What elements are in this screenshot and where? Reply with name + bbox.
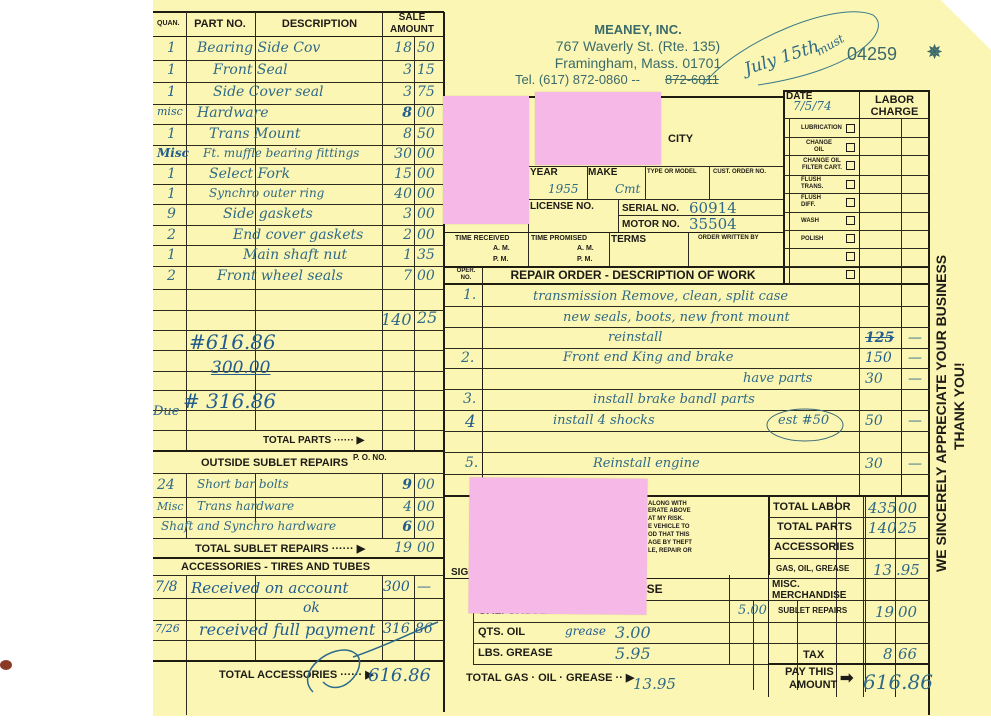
part-dollars: 8	[385, 105, 412, 121]
accessory-date: 7/26	[155, 622, 180, 635]
accessories-title: ACCESSORIES - TIRES AND TUBES	[181, 561, 370, 573]
total-sublet-dollars: 19	[385, 540, 412, 556]
service-polish-checkbox[interactable]	[846, 234, 855, 243]
part-dollars: 8	[385, 126, 412, 142]
total-parts-label: TOTAL PARTS ······ ▶	[263, 435, 364, 446]
gasoline-amount: 5.00	[738, 603, 767, 618]
arrow-right-icon: ➡	[840, 668, 853, 688]
sublet-desc: Trans hardware	[197, 499, 294, 513]
part-desc: Side Cover seal	[213, 84, 324, 100]
total-gas-oil-amount: 13.95	[633, 675, 676, 693]
repair-op-number: 1.	[463, 287, 476, 303]
repair-desc: Reinstall engine	[593, 456, 700, 471]
sublet-desc: Shaft and Synchro hardware	[161, 519, 336, 533]
side-message-line-2: THANK YOU!	[951, 362, 967, 450]
sublet-qty: 24	[157, 477, 175, 493]
am-label: A. M.	[577, 245, 594, 252]
part-desc: Bearing Side Cov	[197, 40, 320, 56]
part-cents: 00	[417, 146, 435, 162]
summary-tax-cents: 66	[898, 645, 917, 663]
part-dollars: 7	[385, 268, 412, 284]
col-header-quan: QUAN.	[157, 20, 180, 27]
repair-op-number: 3.	[463, 391, 476, 407]
calc-side-note: Due	[153, 404, 180, 419]
oper-no-label: OPER. NO.	[452, 268, 480, 282]
part-qty: 1	[167, 166, 176, 182]
service-change-oil-checkbox[interactable]	[846, 143, 855, 152]
sticky-note	[468, 477, 647, 615]
calc-line-3: # 316.86	[183, 389, 276, 413]
summary-sublet-label: SUBLET REPAIRS	[778, 606, 847, 615]
sublet-title: OUTSIDE SUBLET REPAIRS	[201, 457, 348, 469]
part-qty: 2	[167, 227, 176, 243]
order-written-by-label: ORDER WRITTEN BY	[698, 235, 759, 241]
repair-charge: 125	[865, 330, 894, 346]
parts-subtotal-cents: 25	[417, 308, 437, 327]
auth-text-line: ERATE ABOVE	[648, 508, 691, 514]
summary-gas-oil-dollars: 13	[873, 561, 892, 579]
total-sublet-label: TOTAL SUBLET REPAIRS ······ ▶	[195, 542, 365, 555]
part-qty: 9	[167, 206, 176, 222]
service-change-filter-label: CHANGE OIL FILTER CART.	[799, 158, 845, 172]
estimate-circle-icon	[765, 405, 845, 445]
part-cents: 00	[417, 227, 435, 243]
part-desc: Main shaft nut	[243, 247, 347, 263]
amount-label: AMOUNT	[789, 679, 837, 691]
auth-text-line: LE, REPAIR OR	[648, 548, 692, 554]
sticky-note	[443, 96, 529, 224]
repair-charge-dash: —	[908, 456, 922, 472]
total-sublet-cents: 00	[417, 540, 435, 556]
part-desc: Front Seal	[213, 62, 288, 78]
part-qty: 1	[167, 126, 176, 142]
service-change-filter-checkbox[interactable]	[846, 161, 855, 170]
part-cents: 00	[417, 105, 435, 121]
year-label: YEAR	[530, 167, 558, 178]
sublet-cents: 00	[417, 477, 435, 493]
repair-desc: reinstall	[608, 330, 662, 345]
am-label: A. M.	[493, 245, 510, 252]
auth-text-line: ALONG WITH	[648, 500, 687, 508]
part-desc: Synchro outer ring	[209, 186, 324, 200]
date-value: 7/5/74	[793, 99, 832, 113]
serial-label: SERIAL NO.	[622, 203, 679, 214]
part-cents: 00	[417, 268, 435, 284]
part-dollars: 18	[385, 40, 412, 56]
repair-charge-dash: —	[908, 371, 922, 387]
oil-label: QTS. OIL	[478, 626, 525, 638]
year-value: 1955	[548, 182, 579, 196]
service-polish-label: POLISH	[801, 236, 823, 242]
part-desc: End cover gaskets	[233, 227, 363, 243]
sticky-note	[535, 92, 661, 165]
grease-amount: 5.95	[615, 644, 651, 663]
summary-sublet-dollars: 19	[875, 603, 894, 621]
part-dollars: 3	[385, 84, 412, 100]
part-desc: Side gaskets	[223, 206, 313, 222]
repair-desc: new seals, boots, new front mount	[563, 310, 790, 325]
company-phone: Tel. (617) 872-0860 --	[515, 72, 640, 87]
part-dollars: 40	[385, 186, 412, 202]
part-desc: Hardware	[197, 105, 269, 121]
part-desc: Trans Mount	[209, 126, 300, 142]
repair-charge: 50	[865, 413, 883, 429]
part-qty: 2	[167, 268, 176, 284]
service-blank-checkbox[interactable]	[846, 270, 855, 279]
part-dollars: 15	[385, 166, 412, 182]
repair-charge: 30	[865, 371, 883, 387]
make-value: Cmt	[615, 182, 640, 196]
calc-line-2: 300.00	[211, 358, 270, 378]
part-qty: Misc	[157, 146, 189, 160]
col-header-part-no: PART NO.	[185, 18, 255, 30]
sublet-cents: 00	[417, 499, 435, 515]
terms-label: TERMS	[611, 234, 646, 245]
signature-scribble-icon	[293, 612, 443, 702]
repair-op-number: 5.	[465, 455, 478, 471]
calc-line-1: #616.86	[189, 330, 276, 354]
part-cents: 15	[417, 62, 435, 78]
grease-label: LBS. GREASE	[478, 647, 553, 659]
part-dollars: 1	[385, 247, 412, 263]
oil-note: grease	[565, 624, 606, 638]
repair-charge-dash: —	[908, 413, 922, 429]
part-dollars: 2	[385, 227, 412, 243]
service-flush-trans-checkbox[interactable]	[846, 180, 855, 189]
pay-this-label: PAY THIS	[785, 666, 834, 678]
motor-value: 35504	[689, 215, 737, 233]
summary-misc-label: MISC. MERCHANDISE	[772, 579, 862, 601]
summary-sublet-cents: 00	[898, 603, 917, 621]
part-qty: misc	[157, 105, 183, 118]
repair-charge-dash: —	[908, 350, 922, 366]
service-flush-diff-checkbox[interactable]	[846, 198, 855, 207]
sublet-desc: Short bar bolts	[197, 477, 289, 491]
stain-mark	[0, 660, 12, 670]
sublet-qty: Misc	[157, 500, 184, 513]
col-header-description: DESCRIPTION	[257, 18, 382, 30]
pay-amount: 616.86	[863, 670, 933, 694]
summary-tax-label: TAX	[803, 649, 824, 661]
part-cents: 00	[417, 166, 435, 182]
auth-text-line: AGE BY THEFT	[648, 540, 692, 546]
part-desc: Front wheel seals	[217, 268, 343, 284]
summary-gas-oil-cents: .95	[896, 561, 920, 579]
part-cents: 50	[417, 40, 435, 56]
cust-order-label: CUST. ORDER NO.	[713, 169, 766, 175]
service-lubrication-checkbox[interactable]	[846, 124, 855, 133]
oil-amount: 3.00	[615, 623, 651, 642]
part-dollars: 3	[385, 62, 412, 78]
repair-op-number: 2.	[461, 350, 474, 366]
repair-op-number: 4	[465, 412, 476, 432]
service-flush-trans-label: FLUSH TRANS.	[801, 177, 826, 191]
repair-charge: 30	[865, 456, 883, 472]
col-header-sale-amount: SALE AMOUNT	[382, 12, 442, 36]
service-change-oil-label: CHANGE OIL	[801, 140, 837, 154]
part-desc: Select Fork	[209, 166, 290, 182]
labor-charge-label: LABOR CHARGE	[861, 94, 928, 118]
part-cents: 00	[417, 206, 435, 222]
repair-desc: Front end King and brake	[563, 350, 733, 365]
part-qty: 1	[167, 40, 176, 56]
summary-total-labor-cents: 00	[898, 499, 917, 517]
part-qty: 1	[167, 186, 176, 202]
parts-subtotal-dollars: 140	[381, 310, 412, 329]
summary-accessories-label: ACCESSORIES	[774, 541, 854, 553]
auth-text-line: E VEHICLE TO	[648, 524, 690, 530]
repair-desc: have parts	[743, 371, 812, 386]
accessory-desc: Received on account	[191, 579, 349, 597]
sublet-dollars: 4	[385, 499, 412, 515]
license-label: LICENSE NO.	[530, 201, 594, 212]
summary-gas-oil-label: GAS, OIL, GREASE	[776, 564, 849, 573]
city-label: CITY	[668, 133, 693, 145]
auth-text-line: AT MY RISK.	[648, 516, 684, 522]
service-flush-diff-label: FLUSH DIFF.	[801, 195, 826, 209]
summary-total-parts-label: TOTAL PARTS	[777, 521, 852, 533]
repair-order-title: REPAIR ORDER - DESCRIPTION OF WORK	[483, 268, 783, 282]
repair-charge-dash: —	[908, 330, 922, 346]
repair-desc: transmission Remove, clean, split case	[533, 289, 788, 304]
accessory-date: 7/8	[155, 579, 178, 595]
part-desc: Ft. muffle bearing fittings	[203, 146, 359, 160]
type-model-label: TYPE OR MODEL	[647, 169, 697, 175]
asterisk-icon: ✵	[927, 42, 942, 63]
side-message-line-1: WE SINCERELY APPRECIATE YOUR BUSINESS	[933, 255, 949, 572]
service-wash-checkbox[interactable]	[846, 216, 855, 225]
auth-text-line: OD THAT THIS	[648, 532, 690, 538]
part-qty: 1	[167, 247, 176, 263]
part-qty: 1	[167, 62, 176, 78]
circle-annotation-icon	[698, 0, 888, 95]
part-cents: 35	[417, 247, 435, 263]
part-cents: 00	[417, 186, 435, 202]
sublet-dollars: 6	[385, 519, 412, 535]
repair-desc: install 4 shocks	[553, 413, 655, 428]
accessory-dollars: 300	[383, 579, 410, 595]
summary-total-parts-dollars: 140	[868, 519, 897, 537]
service-blank-checkbox[interactable]	[846, 252, 855, 261]
repair-desc: install brake bandl parts	[593, 392, 755, 407]
summary-total-labor-dollars: 435	[868, 499, 897, 517]
po-label: P. O. NO.	[353, 453, 387, 462]
sublet-dollars: 9	[385, 477, 412, 493]
time-promised-label: TIME PROMISED	[531, 235, 587, 242]
sublet-cents: 00	[417, 519, 435, 535]
make-label: MAKE	[588, 167, 617, 178]
pm-label: P. M.	[577, 256, 592, 263]
part-cents: 50	[417, 126, 435, 142]
part-cents: 75	[417, 84, 435, 100]
part-dollars: 30	[385, 146, 412, 162]
summary-total-parts-cents: 25	[898, 519, 917, 537]
part-dollars: 3	[385, 206, 412, 222]
summary-tax-dollars: 8	[883, 645, 893, 663]
part-qty: 1	[167, 84, 176, 100]
service-wash-label: WASH	[801, 218, 819, 224]
repair-order-form: QUAN. PART NO. DESCRIPTION SALE AMOUNT 1	[153, 0, 991, 716]
accessory-cents: —	[417, 579, 431, 595]
total-gas-oil-label: TOTAL GAS · OIL · GREASE ·· ▶	[466, 671, 634, 684]
repair-charge: 150	[865, 350, 892, 366]
service-lubrication-label: LUBRICATION	[801, 125, 842, 131]
summary-total-labor-label: TOTAL LABOR	[773, 501, 851, 513]
pm-label: P. M.	[493, 256, 508, 263]
motor-label: MOTOR NO.	[622, 219, 680, 230]
time-received-label: TIME RECEIVED	[455, 235, 509, 242]
